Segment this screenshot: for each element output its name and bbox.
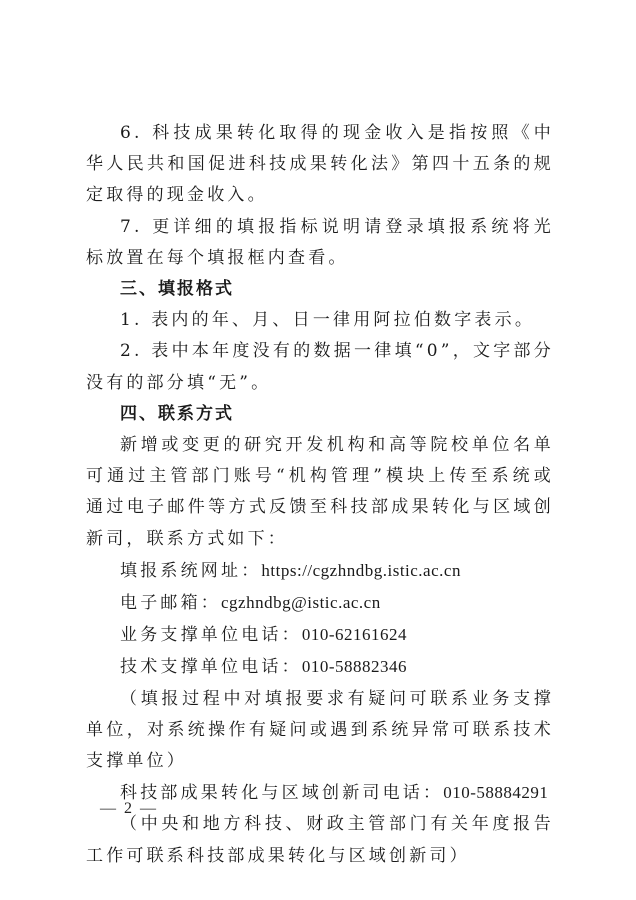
format-item-2: 2. 表中本年度没有的数据一律填“0”，文字部分没有的部分填“无”。	[86, 336, 554, 398]
business-phone-label: 业务支撑单位电话：	[120, 625, 302, 645]
dept-note: （中央和地方科技、财政主管部门有关年度报告工作可联系科技部成果转化与区域创新司）	[86, 809, 554, 871]
section-heading-contact: 四、联系方式	[86, 399, 554, 430]
tech-phone-value: 010-58882346	[302, 657, 407, 676]
support-note: （填报过程中对填报要求有疑问可联系业务支撑单位，对系统操作有疑问或遇到系统异常可…	[86, 684, 554, 778]
section-heading-format: 三、填报格式	[86, 274, 554, 305]
document-page: 6. 科技成果转化取得的现金收入是指按照《中华人民共和国促进科技成果转化法》第四…	[0, 0, 636, 900]
business-phone-value: 010-62161624	[302, 625, 407, 644]
page-number: — 2 —	[100, 800, 158, 818]
tech-phone-label: 技术支撑单位电话：	[120, 657, 302, 677]
email-link[interactable]: cgzhndbg@istic.ac.cn	[221, 593, 381, 612]
contact-intro: 新增或变更的研究开发机构和高等院校单位名单可通过主管部门账号“机构管理”模块上传…	[86, 430, 554, 555]
website-label: 填报系统网址：	[120, 561, 261, 581]
tech-phone-line: 技术支撑单位电话：010-58882346	[86, 651, 554, 683]
dept-phone-value: 010-58884291	[443, 783, 548, 802]
website-line: 填报系统网址：https://cgzhndbg.istic.ac.cn	[86, 555, 554, 587]
paragraph-item-6: 6. 科技成果转化取得的现金收入是指按照《中华人民共和国促进科技成果转化法》第四…	[86, 118, 554, 212]
website-link[interactable]: https://cgzhndbg.istic.ac.cn	[261, 561, 461, 580]
email-label: 电子邮箱：	[120, 593, 221, 613]
paragraph-item-7: 7. 更详细的填报指标说明请登录填报系统将光标放置在每个填报框内查看。	[86, 212, 554, 274]
format-item-1: 1. 表内的年、月、日一律用阿拉伯数字表示。	[86, 305, 554, 336]
email-line: 电子邮箱：cgzhndbg@istic.ac.cn	[86, 587, 554, 619]
business-phone-line: 业务支撑单位电话：010-62161624	[86, 619, 554, 651]
document-body: 6. 科技成果转化取得的现金收入是指按照《中华人民共和国促进科技成果转化法》第四…	[86, 118, 554, 872]
dept-phone-label: 科技部成果转化与区域创新司电话：	[120, 783, 443, 803]
